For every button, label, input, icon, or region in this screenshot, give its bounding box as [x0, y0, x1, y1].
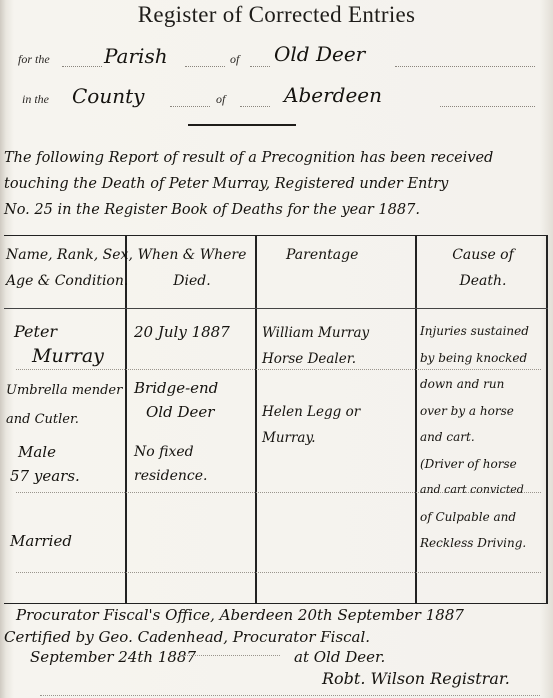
county-of: of [216, 92, 225, 107]
register-page: Register of Corrected Entries for the Pa… [0, 0, 553, 698]
deceased-name: Peter Murray [14, 320, 124, 368]
registration-date: September 24th 1887 [30, 646, 196, 668]
report-line: The following Report of result of a Prec… [4, 145, 549, 171]
dotted-rule [62, 66, 102, 67]
deceased-sex-age: Male 57 years. [10, 440, 122, 488]
column-divider [415, 236, 417, 603]
report-line: touching the Death of Peter Murray, Regi… [4, 171, 549, 197]
column-divider [125, 236, 127, 603]
header-cause-of-death: Cause of Death. [424, 242, 542, 294]
county-prefix: in the [22, 92, 49, 107]
dotted-rule [395, 66, 535, 67]
dotted-rule [40, 695, 540, 696]
fiscal-office-line: Procurator Fiscal's Office, Aberdeen 20t… [16, 604, 464, 626]
header-parentage: Parentage [286, 242, 406, 268]
dotted-rule [240, 106, 270, 107]
cause-of-death: Injuries sustained by being knocked down… [420, 318, 546, 557]
death-date: 20 July 1887 [134, 320, 252, 344]
header-rule [4, 308, 548, 309]
mother: Helen Legg or Murray. [262, 399, 412, 451]
county-type: County [72, 84, 144, 108]
column-divider [255, 236, 257, 603]
table-right-border [546, 236, 548, 603]
report-paragraph: The following Report of result of a Prec… [4, 145, 549, 223]
dotted-rule [170, 106, 210, 107]
dotted-rule [180, 655, 280, 656]
header-name-rank: Name, Rank, Sex, Age & Condition. [6, 242, 124, 294]
parish-type: Parish [104, 44, 168, 68]
registrar-signature: Robt. Wilson Registrar. [322, 668, 510, 690]
deceased-occupation: Umbrella mender and Cutler. [6, 376, 124, 434]
parish-of: of [230, 52, 239, 67]
dotted-rule [440, 106, 535, 107]
death-place: Bridge-end Old Deer [134, 376, 252, 424]
father: William Murray Horse Dealer. [262, 320, 412, 372]
certified-by-line: Certified by Geo. Cadenhead, Procurator … [4, 626, 370, 648]
parish-prefix: for the [18, 52, 50, 67]
parish-name: Old Deer [274, 42, 365, 66]
dotted-rule [16, 572, 541, 573]
deceased-condition: Married [10, 529, 122, 553]
printed-rule [188, 124, 296, 126]
county-name: Aberdeen [284, 83, 382, 107]
registration-place: at Old Deer. [294, 646, 385, 668]
dotted-rule [185, 66, 225, 67]
report-line: No. 25 in the Register Book of Deaths fo… [4, 197, 549, 223]
residence: No fixed residence. [134, 440, 252, 488]
dotted-rule [250, 66, 270, 67]
entry-table: Name, Rank, Sex, Age & Condition. When &… [4, 235, 548, 604]
register-title: Register of Corrected Entries [0, 2, 553, 28]
header-when-where: When & Where Died. [132, 242, 252, 294]
